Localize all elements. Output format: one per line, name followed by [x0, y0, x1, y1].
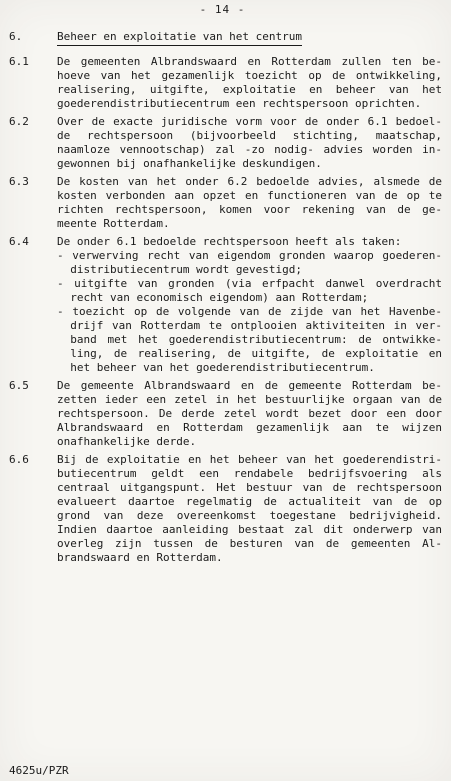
section-number: 6.2: [9, 115, 57, 171]
text-line: butiecentrum geldt een rendabele bedrijf…: [57, 467, 442, 481]
text-line: onafhankelijke derde.: [57, 435, 442, 449]
text-line: ling, de realisering, de uitgifte, de ex…: [57, 347, 442, 361]
scanned-document-page: - 14 - 6.Beheer en exploitatie van het c…: [0, 0, 451, 781]
section-6-5: 6.5De gemeente Albrandswaard en de gemee…: [9, 379, 442, 449]
page-number: - 14 -: [0, 3, 445, 17]
section-number: 6.5: [9, 379, 57, 449]
section-6-1: 6.1De gemeenten Albrandswaard en Rotterd…: [9, 55, 442, 111]
text-line: - verwerving recht van eigendom gronden …: [57, 249, 442, 263]
text-line: distributiecentrum wordt gevestigd;: [57, 263, 442, 277]
text-line: rechtspersoon. De derde zetel wordt beze…: [57, 407, 442, 421]
text-line: band met het goederendistributiecentrum:…: [57, 333, 442, 347]
section-text: De onder 6.1 bedoelde rechtspersoon heef…: [57, 235, 442, 375]
text-line: Over de exacte juridische vorm voor de o…: [57, 115, 442, 129]
text-line: gewonnen bij onafhankelijke deskundigen.: [57, 157, 442, 171]
text-line: centraal uitgangspunt. Het bestuur van d…: [57, 481, 442, 495]
text-line: De gemeente Albrandswaard en de gemeente…: [57, 379, 442, 393]
section-number: 6.4: [9, 235, 57, 375]
text-line: goederendistributiecentrum een rechtsper…: [57, 97, 442, 111]
text-line: recht van economisch eigendom) aan Rotte…: [57, 291, 442, 305]
section-heading: Beheer en exploitatie van het centrum: [57, 30, 442, 46]
text-line: evalueert daartoe regelmatig de actualit…: [57, 495, 442, 509]
section-6-4: 6.4De onder 6.1 bedoelde rechtspersoon h…: [9, 235, 442, 375]
text-line: Bij de exploitatie en het beheer van het…: [57, 453, 442, 467]
section-text: De gemeenten Albrandswaard en Rotterdam …: [57, 55, 442, 111]
section-number: 6.3: [9, 175, 57, 231]
section-text: De gemeente Albrandswaard en de gemeente…: [57, 379, 442, 449]
text-line: meente Rotterdam.: [57, 217, 442, 231]
text-line: - toezicht op de volgende van de zijde v…: [57, 305, 442, 319]
section-number: 6.6: [9, 453, 57, 565]
section-6: 6.Beheer en exploitatie van het centrum: [9, 30, 442, 46]
section-text: Bij de exploitatie en het beheer van het…: [57, 453, 442, 565]
text-line: overleg zijn tussen de besturen van de g…: [57, 537, 442, 551]
text-line: De kosten van het onder 6.2 bedoelde adv…: [57, 175, 442, 189]
text-line: drijf van Rotterdam te ontplooien aktivi…: [57, 319, 442, 333]
text-line: brandswaard en Rotterdam.: [57, 551, 442, 565]
text-line: richten rechtspersoon, komen voor rekeni…: [57, 203, 442, 217]
text-line: Albrandswaard en Rotterdam gezamenlijk a…: [57, 421, 442, 435]
text-line: De onder 6.1 bedoelde rechtspersoon heef…: [57, 235, 442, 249]
section-number: 6.: [9, 30, 57, 46]
document-reference-code: 4625u/PZR: [9, 764, 69, 778]
text-line: De gemeenten Albrandswaard en Rotterdam …: [57, 55, 442, 69]
section-6-3: 6.3De kosten van het onder 6.2 bedoelde …: [9, 175, 442, 231]
text-line: realisering, uitgifte, exploitatie en be…: [57, 83, 442, 97]
text-line: grond van deze overeenkomst toegestane b…: [57, 509, 442, 523]
text-line: Beheer en exploitatie van het centrum: [57, 30, 442, 46]
text-line: naamloze vennootschap) zal -zo nodig- ad…: [57, 143, 442, 157]
text-line: hoeve van het gezamenlijk toezicht op de…: [57, 69, 442, 83]
section-number: 6.1: [9, 55, 57, 111]
underlined-heading-text: Beheer en exploitatie van het centrum: [57, 30, 302, 46]
section-6-6: 6.6Bij de exploitatie en het beheer van …: [9, 453, 442, 565]
text-line: zetten ieder een zetel in het bestuurlij…: [57, 393, 442, 407]
text-line: - uitgifte van gronden (via erfpacht dan…: [57, 277, 442, 291]
document-body: 6.Beheer en exploitatie van het centrum6…: [9, 30, 442, 569]
section-text: Over de exacte juridische vorm voor de o…: [57, 115, 442, 171]
text-line: kosten verbonden aan opzet en functioner…: [57, 189, 442, 203]
text-line: het beheer van het goederendistributiece…: [57, 361, 442, 375]
section-6-2: 6.2Over de exacte juridische vorm voor d…: [9, 115, 442, 171]
text-line: Indien daartoe aanleiding bestaat zal di…: [57, 523, 442, 537]
text-line: de rechtspersoon (bijvoorbeeld stichting…: [57, 129, 442, 143]
section-text: De kosten van het onder 6.2 bedoelde adv…: [57, 175, 442, 231]
